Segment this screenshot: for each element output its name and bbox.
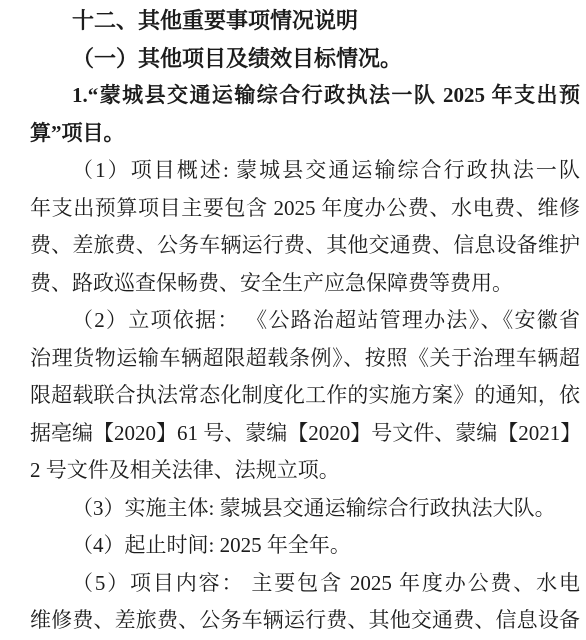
para-approval-basis-line-5: 2 号文件及相关法律、法规立项。 [30,452,580,490]
para-approval-basis-line-2: 治理货物运输车辆超限超载条例》、按照《关于治理车辆超 [30,340,580,378]
para-approval-basis: （2）立项依据： 《公路治超站管理办法》、《安徽省治理货物运输车辆超限超载条例》… [30,302,580,490]
subsection-heading-line-1: （一）其他项目及绩效目标情况。 [30,40,580,78]
para-approval-basis-line-3: 限超载联合执法常态化制度化工作的实施方案》的通知，依 [30,377,580,415]
para-project-content: （5）项目内容： 主要包含 2025 年度办公费、水电费、维修费、差旅费、公务车… [30,565,580,640]
para-approval-basis-line-1: （2）立项依据： 《公路治超站管理办法》、《安徽省 [30,302,580,340]
para-project-overview-line-4: 费、路政巡查保畅费、安全生产应急保障费等费用。 [30,265,580,303]
para-project-overview-line-3: 费、差旅费、公务车辆运行费、其他交通费、信息设备维护 [30,227,580,265]
project-title-line-2: 算”项目。 [30,115,580,153]
para-implementing-body: （3）实施主体: 蒙城县交通运输综合行政执法大队。 [30,490,580,528]
project-title: 1.“蒙城县交通运输综合行政执法一队 2025 年支出预算”项目。 [30,77,580,152]
project-title-line-1: 1.“蒙城县交通运输综合行政执法一队 2025 年支出预 [30,77,580,115]
para-approval-basis-line-4: 据亳编【2020】61 号、蒙编【2020】号文件、蒙编【2021】 [30,415,580,453]
section-heading-line-1: 十二、其他重要事项情况说明 [30,2,580,40]
para-project-overview: （1）项目概述: 蒙城县交通运输综合行政执法一队 2025年支出预算项目主要包含… [30,152,580,302]
section-heading: 十二、其他重要事项情况说明 [30,2,580,40]
document-body: 十二、其他重要事项情况说明（一）其他项目及绩效目标情况。1.“蒙城县交通运输综合… [30,2,580,640]
para-time-period: （4）起止时间: 2025 年全年。 [30,527,580,565]
budget-document-page: 十二、其他重要事项情况说明（一）其他项目及绩效目标情况。1.“蒙城县交通运输综合… [0,0,586,640]
subsection-heading: （一）其他项目及绩效目标情况。 [30,40,580,78]
para-project-overview-line-2: 年支出预算项目主要包含 2025 年度办公费、水电费、维修 [30,190,580,228]
para-implementing-body-line-1: （3）实施主体: 蒙城县交通运输综合行政执法大队。 [30,490,580,528]
para-project-content-line-1: （5）项目内容： 主要包含 2025 年度办公费、水电费、 [30,565,580,603]
para-time-period-line-1: （4）起止时间: 2025 年全年。 [30,527,580,565]
para-project-content-line-2: 维修费、差旅费、公务车辆运行费、其他交通费、信息设备 [30,602,580,640]
para-project-overview-line-1: （1）项目概述: 蒙城县交通运输综合行政执法一队 2025 [30,152,580,190]
